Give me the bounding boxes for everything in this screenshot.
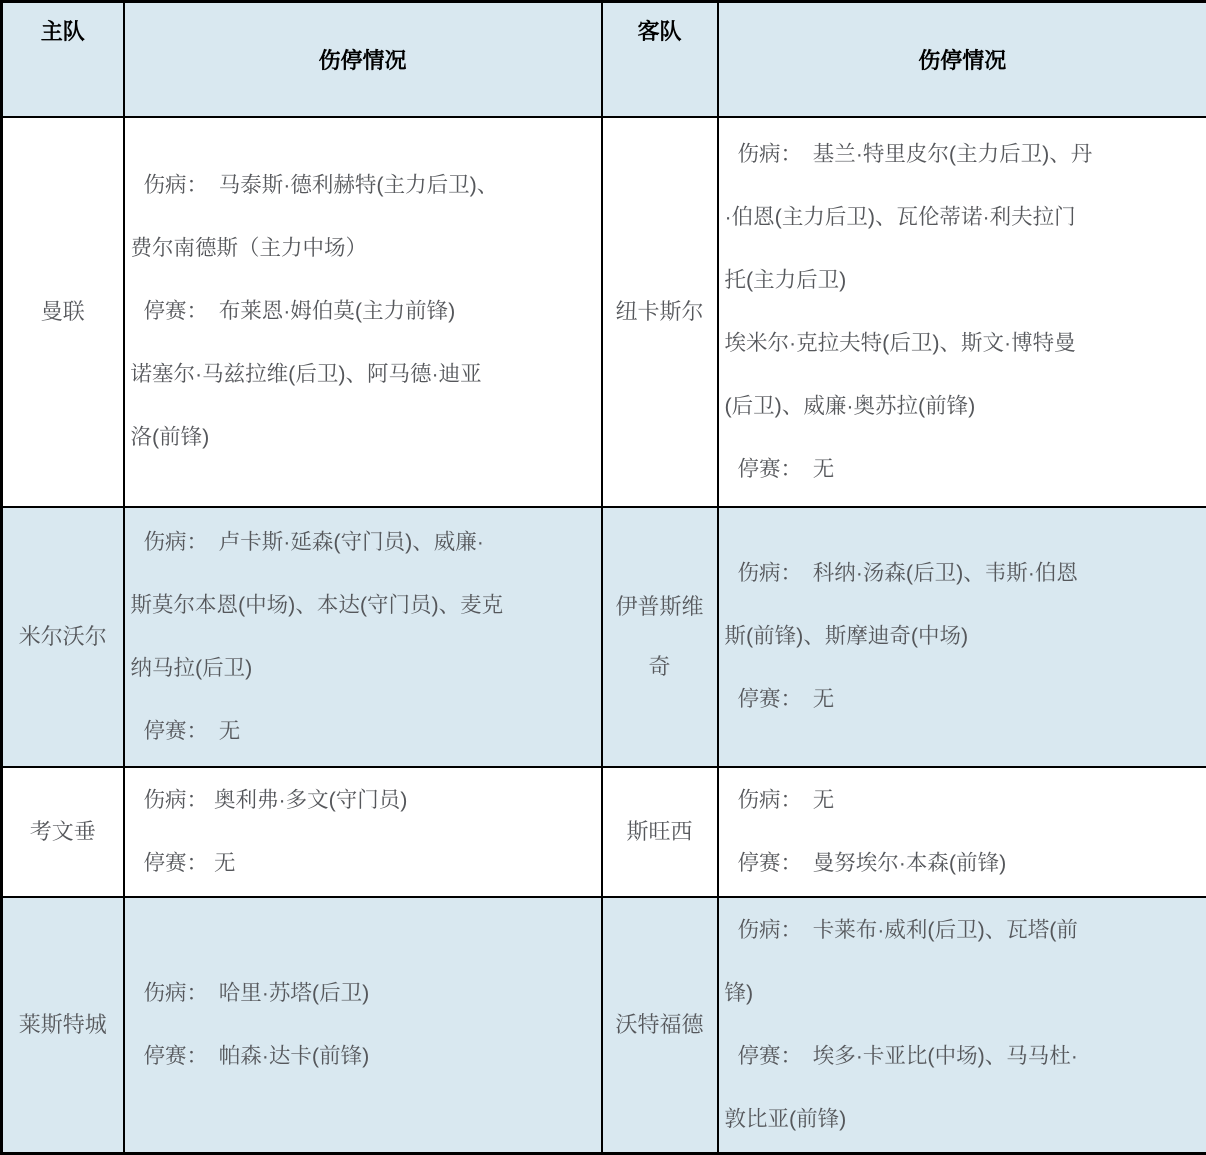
info-line: 停赛： 帕森·达卡(前锋): [131, 1025, 593, 1088]
info-line: (后卫)、威廉·奥苏拉(前锋): [725, 375, 1199, 438]
info-line: 停赛： 无: [725, 438, 1199, 501]
away-info-cell: 伤病： 卡莱布·威利(后卫)、瓦塔(前 锋) 停赛： 埃多·卡亚比(中场)、马马…: [718, 897, 1206, 1154]
info-line: 洛(前锋): [131, 406, 593, 469]
info-line: 托(主力后卫): [725, 249, 1199, 312]
header-away-team: 客队: [602, 2, 718, 117]
table-header-row: 主队 伤停情况 客队 伤停情况: [2, 2, 1206, 117]
table-row: 米尔沃尔 伤病： 卢卡斯·延森(守门员)、威廉· 斯莫尔本恩(中场)、本达(守门…: [2, 507, 1206, 767]
info-line: 停赛： 无: [725, 668, 1199, 731]
info-line: 埃米尔·克拉夫特(后卫)、斯文·博特曼: [725, 312, 1199, 375]
info-line: 停赛： 无: [131, 700, 593, 763]
info-line: 费尔南德斯（主力中场）: [131, 217, 593, 280]
home-info-cell: 伤病： 卢卡斯·延森(守门员)、威廉· 斯莫尔本恩(中场)、本达(守门员)、麦克…: [124, 507, 602, 767]
info-line: 停赛： 无: [131, 832, 593, 895]
info-line: 诺塞尔·马兹拉维(后卫)、阿马德·迪亚: [131, 343, 593, 406]
home-team-name: 曼联: [2, 117, 124, 507]
info-line: 伤病： 科纳·汤森(后卫)、韦斯·伯恩: [725, 542, 1199, 605]
away-team-name: 伊普斯维奇: [602, 507, 718, 767]
info-line: 纳马拉(后卫): [131, 637, 593, 700]
home-info-cell: 伤病： 奥利弗·多文(守门员) 停赛： 无: [124, 767, 602, 897]
home-team-name: 考文垂: [2, 767, 124, 897]
table-row: 考文垂 伤病： 奥利弗·多文(守门员) 停赛： 无 斯旺西 伤病： 无 停赛： …: [2, 767, 1206, 897]
table-row: 莱斯特城 伤病： 哈里·苏塔(后卫) 停赛： 帕森·达卡(前锋) 沃特福德 伤病…: [2, 897, 1206, 1154]
info-line: 斯莫尔本恩(中场)、本达(守门员)、麦克: [131, 574, 593, 637]
away-info-cell: 伤病： 无 停赛： 曼努埃尔·本森(前锋): [718, 767, 1206, 897]
header-home-info: 伤停情况: [124, 2, 602, 117]
header-away-info: 伤停情况: [718, 2, 1206, 117]
info-line: 伤病： 卡莱布·威利(后卫)、瓦塔(前: [725, 899, 1199, 962]
injury-suspension-table: 主队 伤停情况 客队 伤停情况 曼联 伤病： 马泰斯·德利赫特(主力后卫)、 费…: [0, 0, 1206, 1155]
away-team-name: 沃特福德: [602, 897, 718, 1154]
away-team-name: 纽卡斯尔: [602, 117, 718, 507]
home-info-cell: 伤病： 马泰斯·德利赫特(主力后卫)、 费尔南德斯（主力中场） 停赛： 布莱恩·…: [124, 117, 602, 507]
info-line: 停赛： 布莱恩·姆伯莫(主力前锋): [131, 280, 593, 343]
away-team-name: 斯旺西: [602, 767, 718, 897]
info-line: 伤病： 卢卡斯·延森(守门员)、威廉·: [131, 511, 593, 574]
away-info-cell: 伤病： 基兰·特里皮尔(主力后卫)、丹 ·伯恩(主力后卫)、瓦伦蒂诺·利夫拉门 …: [718, 117, 1206, 507]
info-line: 伤病： 无: [725, 769, 1199, 832]
info-line: 停赛： 曼努埃尔·本森(前锋): [725, 832, 1199, 895]
away-info-cell: 伤病： 科纳·汤森(后卫)、韦斯·伯恩 斯(前锋)、斯摩迪奇(中场) 停赛： 无: [718, 507, 1206, 767]
info-line: 伤病： 基兰·特里皮尔(主力后卫)、丹: [725, 123, 1199, 186]
info-line: 敦比亚(前锋): [725, 1088, 1199, 1151]
info-line: 伤病： 奥利弗·多文(守门员): [131, 769, 593, 832]
home-team-name: 米尔沃尔: [2, 507, 124, 767]
info-line: 伤病： 哈里·苏塔(后卫): [131, 962, 593, 1025]
table-row: 曼联 伤病： 马泰斯·德利赫特(主力后卫)、 费尔南德斯（主力中场） 停赛： 布…: [2, 117, 1206, 507]
home-info-cell: 伤病： 哈里·苏塔(后卫) 停赛： 帕森·达卡(前锋): [124, 897, 602, 1154]
info-line: 伤病： 马泰斯·德利赫特(主力后卫)、: [131, 154, 593, 217]
info-line: ·伯恩(主力后卫)、瓦伦蒂诺·利夫拉门: [725, 186, 1199, 249]
header-home-team: 主队: [2, 2, 124, 117]
info-line: 斯(前锋)、斯摩迪奇(中场): [725, 605, 1199, 668]
home-team-name: 莱斯特城: [2, 897, 124, 1154]
info-line: 停赛： 埃多·卡亚比(中场)、马马杜·: [725, 1025, 1199, 1088]
info-line: 锋): [725, 962, 1199, 1025]
